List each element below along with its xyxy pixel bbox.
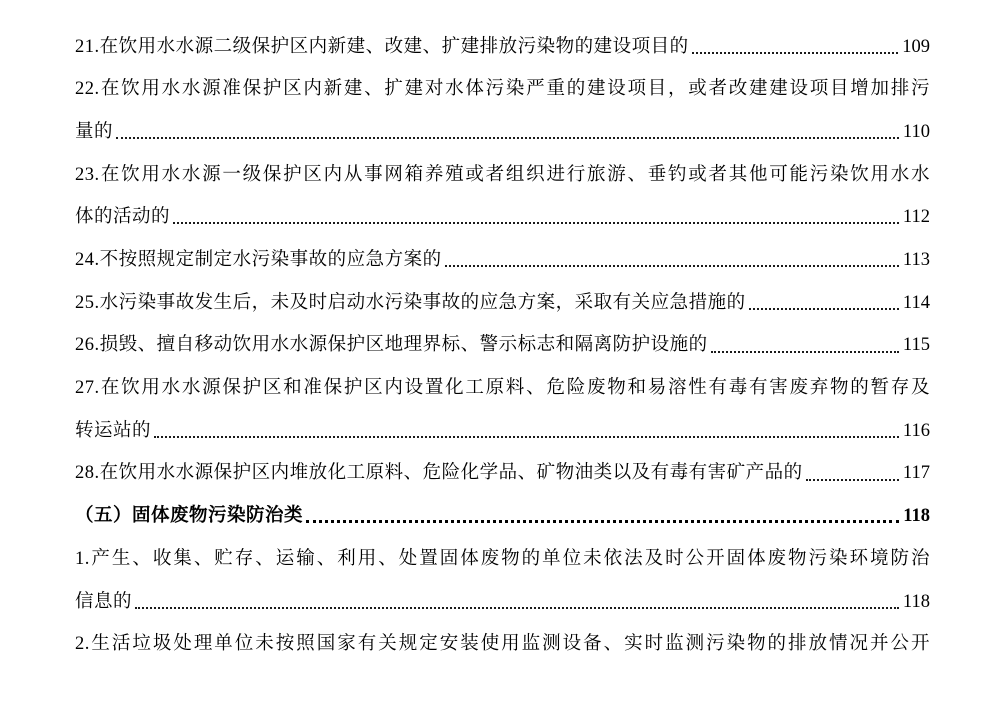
toc-page-number: 112 [903, 206, 930, 229]
toc-entry-text: 27.在饮用水水源保护区和准保护区内设置化工原料、危险废物和易溶性有毒有害废弃物… [75, 377, 930, 400]
toc-entry: 25.水污染事故发生后，未及时启动水污染事故的应急方案，采取有关应急措施的 11… [75, 272, 930, 315]
toc-entry-continuation: 体的活动的 112 [75, 187, 930, 230]
toc-entry-text: 26.损毁、擅自移动饮用水水源保护区地理界标、警示标志和隔离防护设施的 [75, 334, 708, 357]
toc-page-number: 115 [903, 334, 930, 357]
dot-leader [806, 479, 899, 481]
toc-entry: 28.在饮用水水源保护区内堆放化工原料、危险化学品、矿物油类以及有毒有害矿产品的… [75, 443, 930, 486]
toc-page-number: 118 [903, 591, 930, 614]
toc-entry: 24.不按照规定制定水污染事故的应急方案的 113 [75, 229, 930, 272]
toc-entry-continuation: 转运站的 116 [75, 400, 930, 443]
toc-entry-continuation: 量的 110 [75, 101, 930, 144]
toc-entry-text: 信息的 [75, 591, 132, 614]
toc-page-number: 118 [903, 505, 930, 528]
toc-entry-text: 22.在饮用水水源准保护区内新建、扩建对水体污染严重的建设项目，或者改建建设项目… [75, 78, 930, 101]
toc-entry: 1.产生、收集、贮存、运输、利用、处置固体废物的单位未依法及时公开固体废物污染环… [75, 528, 930, 571]
dot-leader [445, 265, 899, 267]
toc-page-number: 116 [903, 420, 930, 443]
table-of-contents: 21.在饮用水水源二级保护区内新建、改建、扩建排放污染物的建设项目的 109 2… [75, 16, 930, 656]
toc-section-heading-text: （五）固体废物污染防治类 [75, 505, 303, 528]
dot-leader [116, 137, 899, 139]
toc-entry: 27.在饮用水水源保护区和准保护区内设置化工原料、危险废物和易溶性有毒有害废弃物… [75, 358, 930, 401]
toc-entry-continuation: 信息的 118 [75, 571, 930, 614]
toc-entry-text: 转运站的 [75, 420, 151, 443]
dot-leader [306, 520, 899, 523]
toc-entry: 2.生活垃圾处理单位未按照国家有关规定安装使用监测设备、实时监测污染物的排放情况… [75, 614, 930, 657]
toc-entry: 22.在饮用水水源准保护区内新建、扩建对水体污染严重的建设项目，或者改建建设项目… [75, 59, 930, 102]
toc-entry: 21.在饮用水水源二级保护区内新建、改建、扩建排放污染物的建设项目的 109 [75, 16, 930, 59]
toc-entry-text: 体的活动的 [75, 206, 170, 229]
toc-entry-text: 25.水污染事故发生后，未及时启动水污染事故的应急方案，采取有关应急措施的 [75, 292, 746, 315]
toc-page-number: 114 [903, 292, 930, 315]
toc-entry-text: 21.在饮用水水源二级保护区内新建、改建、扩建排放污染物的建设项目的 [75, 36, 689, 59]
toc-page-number: 117 [903, 462, 930, 485]
dot-leader [711, 351, 899, 353]
dot-leader [749, 308, 899, 310]
toc-page-number: 109 [902, 36, 930, 59]
toc-section-heading: （五）固体废物污染防治类 118 [75, 486, 930, 529]
dot-leader [154, 436, 899, 438]
dot-leader [173, 222, 899, 224]
toc-page-number: 110 [903, 121, 930, 144]
toc-entry-text: 24.不按照规定制定水污染事故的应急方案的 [75, 249, 442, 272]
toc-entry-text: 量的 [75, 121, 113, 144]
toc-entry-text: 23.在饮用水水源一级保护区内从事网箱养殖或者组织进行旅游、垂钓或者其他可能污染… [75, 164, 930, 187]
dot-leader [135, 607, 899, 609]
dot-leader [692, 52, 899, 54]
toc-page-number: 113 [903, 249, 930, 272]
toc-entry-text: 1.产生、收集、贮存、运输、利用、处置固体废物的单位未依法及时公开固体废物污染环… [75, 548, 930, 571]
toc-entry-text: 28.在饮用水水源保护区内堆放化工原料、危险化学品、矿物油类以及有毒有害矿产品的 [75, 462, 803, 485]
toc-entry: 26.损毁、擅自移动饮用水水源保护区地理界标、警示标志和隔离防护设施的 115 [75, 315, 930, 358]
toc-entry: 23.在饮用水水源一级保护区内从事网箱养殖或者组织进行旅游、垂钓或者其他可能污染… [75, 144, 930, 187]
document-page: 21.在饮用水水源二级保护区内新建、改建、扩建排放污染物的建设项目的 109 2… [0, 0, 1006, 705]
toc-entry-text: 2.生活垃圾处理单位未按照国家有关规定安装使用监测设备、实时监测污染物的排放情况… [75, 633, 930, 656]
